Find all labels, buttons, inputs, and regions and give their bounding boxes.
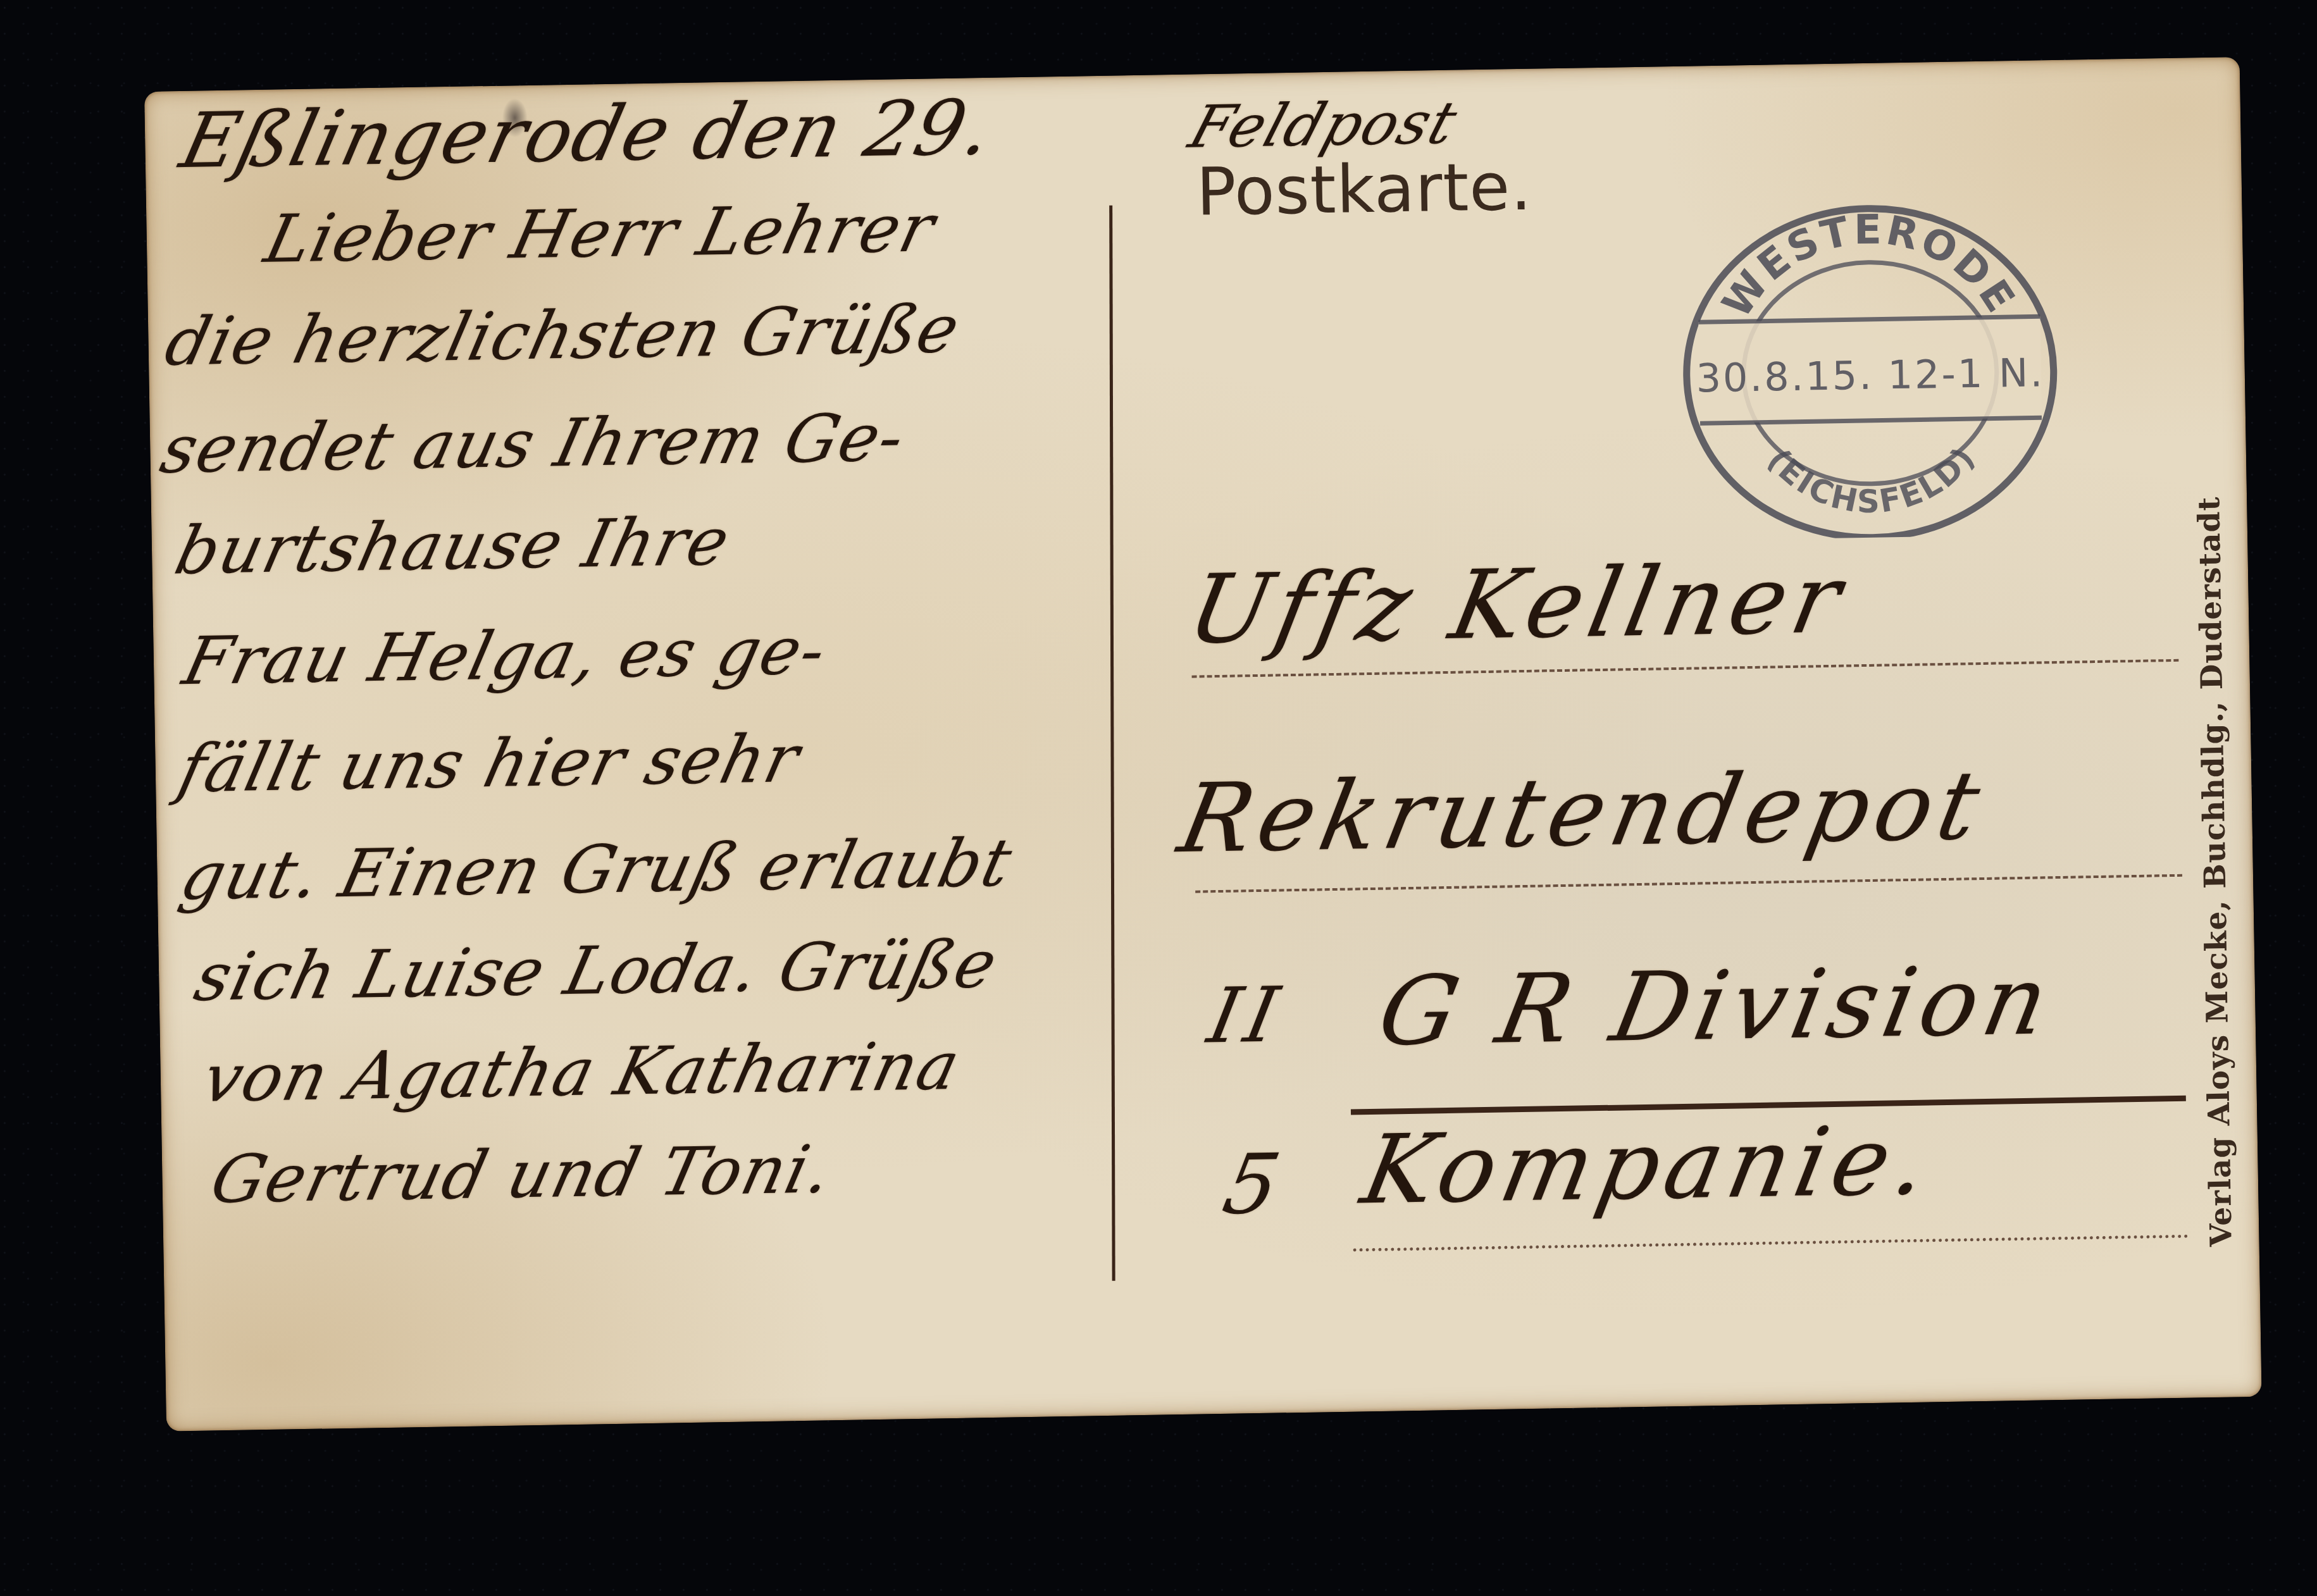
divider-line (1109, 206, 1115, 1281)
svg-text:(EICHSFELD): (EICHSFELD) (1760, 439, 1984, 522)
address-rule-2 (1195, 874, 2182, 893)
postmark-region: (EICHSFELD) (1760, 439, 1984, 522)
message-line: fällt uns hier sehr (172, 720, 808, 808)
message-line: Eßlingerode den 29. (173, 84, 1001, 186)
postmark-icon: WESTERODE 30.8.15. 12-1 N. (EICHSFELD) (1671, 180, 2069, 541)
message-line: Gertrud und Toni. (204, 1130, 840, 1218)
message-line: von Agatha Katharina (196, 1027, 968, 1117)
postmark-town: WESTERODE (1712, 204, 2025, 327)
message-line: gut. Einen Gruß erlaubt (173, 824, 1020, 915)
address-line-4: Kompanie. (1353, 1106, 1942, 1225)
message-line: Frau Helga, es ge- (177, 612, 835, 700)
address-line-2: Rekrutendepot (1171, 751, 1994, 875)
message-line: sendet aus Ihrem Ge- (154, 399, 912, 488)
address-line-3: G R Division (1370, 946, 2063, 1067)
address-prefix-4: 5 (1216, 1135, 1293, 1233)
svg-text:WESTERODE: WESTERODE (1712, 204, 2025, 327)
publisher-imprint: Verlag Aloys Mecke, Buchhdlg., Duderstad… (2192, 496, 2239, 1247)
message-block: Eßlingerode den 29. Lieber Herr Lehrer d… (144, 57, 2240, 92)
postmark-date: 30.8.15. 12-1 N. (1696, 349, 2045, 401)
postcard: Eßlingerode den 29. Lieber Herr Lehrer d… (144, 57, 2262, 1432)
message-line: sich Luise Loda. Grüße (188, 925, 1005, 1016)
address-prefix-3: II (1202, 971, 1291, 1060)
message-line: Lieber Herr Lehrer (258, 189, 943, 278)
message-line: burtshause Ihre (168, 503, 738, 590)
address-rule-4 (1353, 1235, 2189, 1252)
message-line: die herzlichsten Grüße (158, 290, 967, 380)
postkarte-title: Postkarte. (1196, 148, 1532, 231)
address-block: Uffz Kellner Rekrutendepot II G R Divisi… (144, 57, 2240, 92)
address-line-1: Uffz Kellner (1180, 544, 1856, 665)
